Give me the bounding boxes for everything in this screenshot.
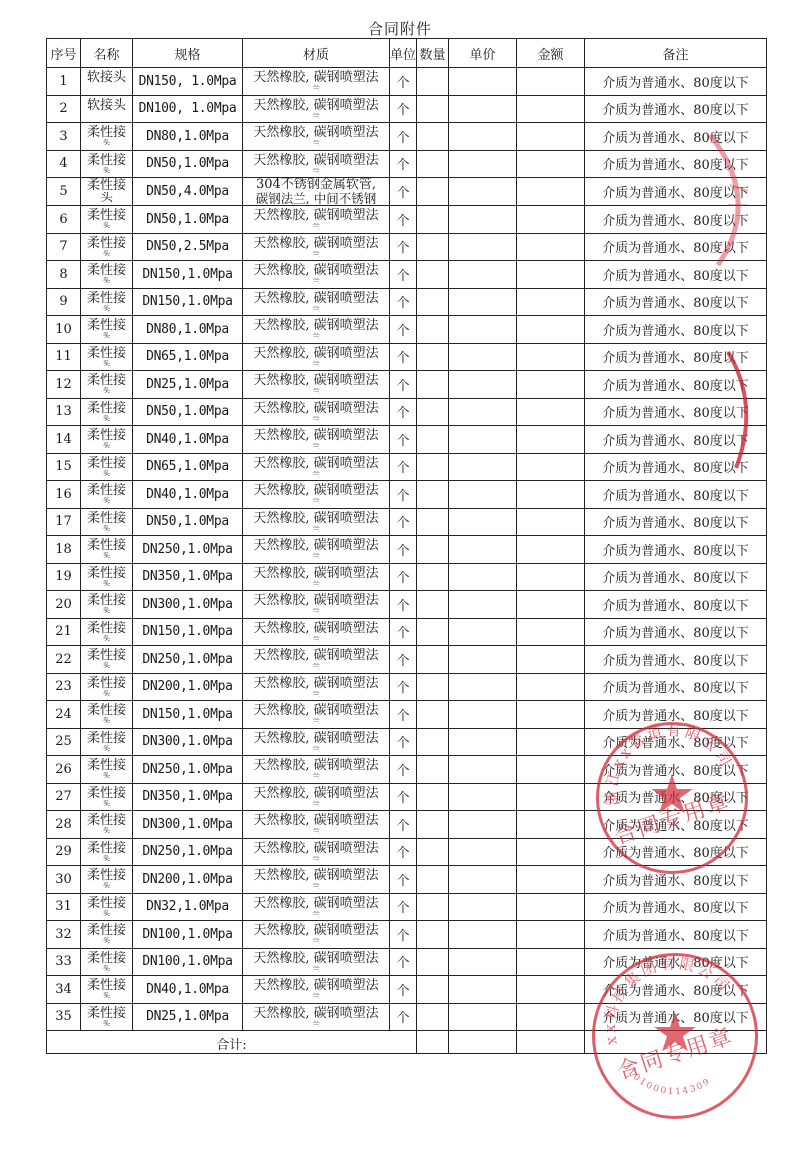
- item-name-text: 柔性接: [87, 401, 126, 416]
- item-unit: 个: [390, 673, 417, 701]
- item-remarks: 介质为普通水、80度以下: [585, 866, 767, 894]
- item-remarks: 介质为普通水、80度以下: [585, 728, 767, 756]
- row-number: 25: [47, 728, 81, 756]
- item-material: 天然橡胶, 碳钢喷塑法兰: [243, 261, 390, 289]
- row-number: 14: [47, 426, 81, 454]
- item-material: 天然橡胶, 碳钢喷塑法兰: [243, 976, 390, 1004]
- item-spec: DN200,1.0Mpa: [133, 673, 243, 701]
- item-name-text: 柔性接: [87, 291, 126, 306]
- table-row: 4柔性接头DN50,1.0Mpa天然橡胶, 碳钢喷塑法兰个介质为普通水、80度以…: [47, 150, 767, 178]
- table-row: 2软接头DN100, 1.0Mpa天然橡胶, 碳钢喷塑法兰个介质为普通水、80度…: [47, 95, 767, 123]
- item-spec: DN40,1.0Mpa: [133, 976, 243, 1004]
- item-spec: DN50,1.0Mpa: [133, 508, 243, 536]
- item-material-text: 天然橡胶, 碳钢喷塑法: [253, 676, 378, 691]
- item-spec: DN50,4.0Mpa: [133, 178, 243, 206]
- item-name: 柔性接头: [81, 233, 133, 261]
- item-spec: DN32,1.0Mpa: [133, 893, 243, 921]
- item-material-wrap: 兰: [243, 140, 389, 146]
- item-material-text: 天然橡胶, 碳钢喷塑法: [253, 263, 378, 278]
- item-amount: [517, 398, 585, 426]
- item-material-text: 天然橡胶, 碳钢喷塑法: [253, 566, 378, 581]
- item-unit-price: [449, 453, 517, 481]
- item-unit: 个: [390, 481, 417, 509]
- item-name: 柔性接头: [81, 811, 133, 839]
- row-number: 29: [47, 838, 81, 866]
- item-remarks: 介质为普通水、80度以下: [585, 288, 767, 316]
- item-remarks: 介质为普通水、80度以下: [585, 371, 767, 399]
- item-material: 天然橡胶, 碳钢喷塑法兰: [243, 426, 390, 454]
- items-table: 序号 名称 规格 材质 单位 数量 单价 金额 备注 1软接头DN150, 1.…: [46, 38, 767, 1054]
- item-unit: 个: [390, 233, 417, 261]
- item-unit-price: [449, 921, 517, 949]
- item-material-text: 天然橡胶, 碳钢喷塑法: [253, 731, 378, 746]
- item-amount: [517, 178, 585, 206]
- item-amount: [517, 316, 585, 344]
- item-material-text: 天然橡胶, 碳钢喷塑法: [253, 621, 378, 636]
- item-material-wrap: 兰: [243, 223, 389, 229]
- item-material-text: 天然橡胶, 碳钢喷塑法: [253, 236, 378, 251]
- item-material-wrap: 兰: [243, 1021, 389, 1027]
- table-row: 20柔性接头DN300,1.0Mpa天然橡胶, 碳钢喷塑法兰个介质为普通水、80…: [47, 591, 767, 619]
- item-unit-price: [449, 673, 517, 701]
- item-unit: 个: [390, 316, 417, 344]
- table-row: 19柔性接头DN350,1.0Mpa天然橡胶, 碳钢喷塑法兰个介质为普通水、80…: [47, 563, 767, 591]
- item-name-text: 柔性接: [87, 428, 126, 443]
- item-material-text: 天然橡胶, 碳钢喷塑法: [253, 923, 378, 938]
- item-material-text: 304不锈钢金属软管,: [256, 178, 376, 193]
- item-remarks: 介质为普通水、80度以下: [585, 756, 767, 784]
- item-remarks: 介质为普通水、80度以下: [585, 316, 767, 344]
- item-name-text: 柔性接: [87, 456, 126, 471]
- row-number: 34: [47, 976, 81, 1004]
- item-unit: 个: [390, 948, 417, 976]
- row-number: 32: [47, 921, 81, 949]
- item-spec: DN50,2.5Mpa: [133, 233, 243, 261]
- item-name-text: 柔性接: [87, 318, 126, 333]
- table-row: 17柔性接头DN50,1.0Mpa天然橡胶, 碳钢喷塑法兰个介质为普通水、80度…: [47, 508, 767, 536]
- item-spec: DN300,1.0Mpa: [133, 591, 243, 619]
- item-unit: 个: [390, 95, 417, 123]
- table-row: 34柔性接头DN40,1.0Mpa天然橡胶, 碳钢喷塑法兰个介质为普通水、80度…: [47, 976, 767, 1004]
- item-unit-price: [449, 316, 517, 344]
- item-unit-price: [449, 178, 517, 206]
- item-name-text: 柔性接: [87, 153, 126, 168]
- item-material: 天然橡胶, 碳钢喷塑法兰: [243, 921, 390, 949]
- item-material-text: 天然橡胶, 碳钢喷塑法: [253, 538, 378, 553]
- item-material-text: 天然橡胶, 碳钢喷塑法: [253, 703, 378, 718]
- item-quantity: [417, 95, 449, 123]
- row-number: 23: [47, 673, 81, 701]
- item-name-text: 柔性接: [87, 813, 126, 828]
- item-amount: [517, 123, 585, 151]
- item-unit: 个: [390, 288, 417, 316]
- item-spec: DN50,1.0Mpa: [133, 206, 243, 234]
- item-unit-price: [449, 838, 517, 866]
- item-remarks: 介质为普通水、80度以下: [585, 481, 767, 509]
- item-amount: [517, 233, 585, 261]
- row-number: 1: [47, 68, 81, 96]
- item-unit-price: [449, 756, 517, 784]
- item-material: 天然橡胶, 碳钢喷塑法兰: [243, 838, 390, 866]
- item-unit: 个: [390, 150, 417, 178]
- item-name-text: 柔性接: [87, 786, 126, 801]
- item-name-text: 柔性接: [87, 593, 126, 608]
- item-material-text: 天然橡胶, 碳钢喷塑法: [253, 483, 378, 498]
- item-remarks: 介质为普通水、80度以下: [585, 68, 767, 96]
- row-number: 8: [47, 261, 81, 289]
- item-material-wrap: 兰: [243, 718, 389, 724]
- item-material: 天然橡胶, 碳钢喷塑法兰: [243, 398, 390, 426]
- header-unit-price: 单价: [449, 39, 517, 68]
- item-name-text: 柔性接: [87, 511, 126, 526]
- item-name: 柔性接头: [81, 206, 133, 234]
- item-spec: DN150,1.0Mpa: [133, 618, 243, 646]
- item-name: 软接头: [81, 95, 133, 123]
- item-unit: 个: [390, 838, 417, 866]
- item-name: 柔性接头: [81, 1003, 133, 1031]
- item-material: 天然橡胶, 碳钢喷塑法兰: [243, 591, 390, 619]
- item-material-text: 天然橡胶, 碳钢喷塑法: [253, 70, 378, 85]
- item-material-wrap: 兰: [243, 801, 389, 807]
- item-name: 柔性接头: [81, 646, 133, 674]
- item-remarks: 介质为普通水、80度以下: [585, 701, 767, 729]
- item-material-text: 天然橡胶, 碳钢喷塑法: [253, 511, 378, 526]
- item-material: 天然橡胶, 碳钢喷塑法兰: [243, 95, 390, 123]
- item-name: 柔性接头: [81, 783, 133, 811]
- row-number: 33: [47, 948, 81, 976]
- item-amount: [517, 893, 585, 921]
- item-remarks: 介质为普通水、80度以下: [585, 95, 767, 123]
- table-row: 10柔性接头DN80,1.0Mpa天然橡胶, 碳钢喷塑法兰个介质为普通水、80度…: [47, 316, 767, 344]
- item-unit: 个: [390, 123, 417, 151]
- total-amount: [517, 1031, 585, 1054]
- item-unit: 个: [390, 536, 417, 564]
- item-material-wrap: 兰: [243, 498, 389, 504]
- item-name-text: 柔性接: [87, 373, 126, 388]
- item-spec: DN100, 1.0Mpa: [133, 95, 243, 123]
- item-name-text: 软接头: [87, 70, 126, 85]
- item-amount: [517, 948, 585, 976]
- item-unit: 个: [390, 976, 417, 1004]
- item-remarks: 介质为普通水、80度以下: [585, 343, 767, 371]
- row-number: 28: [47, 811, 81, 839]
- table-body: 1软接头DN150, 1.0Mpa天然橡胶, 碳钢喷塑法兰个介质为普通水、80度…: [47, 68, 767, 1031]
- item-material: 天然橡胶, 碳钢喷塑法兰: [243, 1003, 390, 1031]
- table-row: 1软接头DN150, 1.0Mpa天然橡胶, 碳钢喷塑法兰个介质为普通水、80度…: [47, 68, 767, 96]
- table-row: 32柔性接头DN100,1.0Mpa天然橡胶, 碳钢喷塑法兰个介质为普通水、80…: [47, 921, 767, 949]
- item-amount: [517, 921, 585, 949]
- item-name: 柔性接头: [81, 976, 133, 1004]
- row-number: 35: [47, 1003, 81, 1031]
- item-quantity: [417, 536, 449, 564]
- item-remarks: 介质为普通水、80度以下: [585, 673, 767, 701]
- row-number: 7: [47, 233, 81, 261]
- item-unit: 个: [390, 68, 417, 96]
- header-name: 名称: [81, 39, 133, 68]
- item-material-wrap: 兰: [243, 938, 389, 944]
- item-quantity: [417, 811, 449, 839]
- row-number: 3: [47, 123, 81, 151]
- item-remarks: 介质为普通水、80度以下: [585, 618, 767, 646]
- header-remarks: 备注: [585, 39, 767, 68]
- item-quantity: [417, 646, 449, 674]
- seal-2-serial: 3101000114309: [620, 1062, 713, 1098]
- table-row: 31柔性接头DN32,1.0Mpa天然橡胶, 碳钢喷塑法兰个介质为普通水、80度…: [47, 893, 767, 921]
- item-material: 天然橡胶, 碳钢喷塑法兰: [243, 343, 390, 371]
- item-quantity: [417, 398, 449, 426]
- item-name-text: 柔性接: [87, 125, 126, 140]
- item-material: 天然橡胶, 碳钢喷塑法兰: [243, 481, 390, 509]
- item-amount: [517, 68, 585, 96]
- item-unit-price: [449, 371, 517, 399]
- document-title: 合同附件: [0, 18, 800, 39]
- item-material: 天然橡胶, 碳钢喷塑法兰: [243, 150, 390, 178]
- row-number: 4: [47, 150, 81, 178]
- item-remarks: 介质为普通水、80度以下: [585, 426, 767, 454]
- table-row: 23柔性接头DN200,1.0Mpa天然橡胶, 碳钢喷塑法兰个介质为普通水、80…: [47, 673, 767, 701]
- item-spec: DN300,1.0Mpa: [133, 811, 243, 839]
- item-material-text: 天然橡胶, 碳钢喷塑法: [253, 125, 378, 140]
- item-name-text: 柔性接: [87, 923, 126, 938]
- item-material-wrap: 兰: [243, 691, 389, 697]
- header-material: 材质: [243, 39, 390, 68]
- item-material-wrap: 兰: [243, 581, 389, 587]
- item-material: 天然橡胶, 碳钢喷塑法兰: [243, 811, 390, 839]
- item-unit-price: [449, 398, 517, 426]
- item-material: 天然橡胶, 碳钢喷塑法兰: [243, 508, 390, 536]
- row-number: 5: [47, 178, 81, 206]
- item-unit: 个: [390, 728, 417, 756]
- item-material-text: 天然橡胶, 碳钢喷塑法: [253, 868, 378, 883]
- item-spec: DN100,1.0Mpa: [133, 948, 243, 976]
- item-material-wrap: 兰: [243, 883, 389, 889]
- item-material-wrap: 兰: [243, 553, 389, 559]
- item-material-wrap: 兰: [243, 306, 389, 312]
- item-material-wrap: 兰: [243, 85, 389, 91]
- item-material-wrap: 兰: [243, 608, 389, 614]
- item-quantity: [417, 508, 449, 536]
- row-number: 31: [47, 893, 81, 921]
- item-quantity: [417, 453, 449, 481]
- item-unit-price: [449, 233, 517, 261]
- item-material: 天然橡胶, 碳钢喷塑法兰: [243, 866, 390, 894]
- item-name-text: 柔性接: [87, 236, 126, 251]
- item-name: 柔性接头: [81, 536, 133, 564]
- table-row: 22柔性接头DN250,1.0Mpa天然橡胶, 碳钢喷塑法兰个介质为普通水、80…: [47, 646, 767, 674]
- item-quantity: [417, 591, 449, 619]
- item-unit: 个: [390, 756, 417, 784]
- item-name-text: 柔性接: [87, 758, 126, 773]
- item-quantity: [417, 783, 449, 811]
- item-material-wrap: 兰: [243, 993, 389, 999]
- table-row: 16柔性接头DN40,1.0Mpa天然橡胶, 碳钢喷塑法兰个介质为普通水、80度…: [47, 481, 767, 509]
- item-name-wrap: 头: [81, 192, 132, 204]
- item-quantity: [417, 618, 449, 646]
- item-quantity: [417, 288, 449, 316]
- item-material-wrap: 碳钢法兰, 中间不锈钢: [243, 192, 389, 205]
- item-spec: DN350,1.0Mpa: [133, 783, 243, 811]
- item-material-text: 天然橡胶, 碳钢喷塑法: [253, 813, 378, 828]
- item-material: 天然橡胶, 碳钢喷塑法兰: [243, 756, 390, 784]
- table-row: 30柔性接头DN200,1.0Mpa天然橡胶, 碳钢喷塑法兰个介质为普通水、80…: [47, 866, 767, 894]
- item-amount: [517, 426, 585, 454]
- table-row: 6柔性接头DN50,1.0Mpa天然橡胶, 碳钢喷塑法兰个介质为普通水、80度以…: [47, 206, 767, 234]
- row-number: 16: [47, 481, 81, 509]
- item-spec: DN250,1.0Mpa: [133, 838, 243, 866]
- item-name: 柔性接头: [81, 728, 133, 756]
- row-number: 10: [47, 316, 81, 344]
- table-row: 12柔性接头DN25,1.0Mpa天然橡胶, 碳钢喷塑法兰个介质为普通水、80度…: [47, 371, 767, 399]
- table-row: 14柔性接头DN40,1.0Mpa天然橡胶, 碳钢喷塑法兰个介质为普通水、80度…: [47, 426, 767, 454]
- item-material-wrap: 兰: [243, 113, 389, 119]
- item-remarks: 介质为普通水、80度以下: [585, 123, 767, 151]
- item-quantity: [417, 343, 449, 371]
- item-material: 304不锈钢金属软管,碳钢法兰, 中间不锈钢: [243, 178, 390, 206]
- item-spec: DN50,1.0Mpa: [133, 398, 243, 426]
- item-material-wrap: 兰: [243, 636, 389, 642]
- item-spec: DN40,1.0Mpa: [133, 426, 243, 454]
- item-unit: 个: [390, 206, 417, 234]
- table-row: 24柔性接头DN150,1.0Mpa天然橡胶, 碳钢喷塑法兰个介质为普通水、80…: [47, 701, 767, 729]
- row-number: 18: [47, 536, 81, 564]
- item-amount: [517, 756, 585, 784]
- table-row: 9柔性接头DN150,1.0Mpa天然橡胶, 碳钢喷塑法兰个介质为普通水、80度…: [47, 288, 767, 316]
- table-row: 11柔性接头DN65,1.0Mpa天然橡胶, 碳钢喷塑法兰个介质为普通水、80度…: [47, 343, 767, 371]
- header-quantity: 数量: [417, 39, 449, 68]
- row-number: 30: [47, 866, 81, 894]
- item-name-text: 柔性接: [87, 1006, 126, 1021]
- item-name-text: 柔性接: [87, 676, 126, 691]
- item-amount: [517, 536, 585, 564]
- item-name: 柔性接头: [81, 591, 133, 619]
- header-no: 序号: [47, 39, 81, 68]
- item-remarks: 介质为普通水、80度以下: [585, 591, 767, 619]
- item-quantity: [417, 701, 449, 729]
- item-unit-price: [449, 563, 517, 591]
- header-amount: 金额: [517, 39, 585, 68]
- item-name: 柔性接头: [81, 948, 133, 976]
- row-number: 13: [47, 398, 81, 426]
- item-unit-price: [449, 123, 517, 151]
- item-name-text: 柔性接: [87, 841, 126, 856]
- item-material-wrap: 兰: [243, 663, 389, 669]
- item-amount: [517, 838, 585, 866]
- item-quantity: [417, 123, 449, 151]
- row-number: 24: [47, 701, 81, 729]
- item-material: 天然橡胶, 碳钢喷塑法兰: [243, 783, 390, 811]
- item-material-wrap: 兰: [243, 911, 389, 917]
- row-number: 9: [47, 288, 81, 316]
- contract-attachment-sheet: 序号 名称 规格 材质 单位 数量 单价 金额 备注 1软接头DN150, 1.…: [46, 38, 766, 1054]
- item-name: 柔性接头: [81, 150, 133, 178]
- item-name: 柔性接头: [81, 123, 133, 151]
- item-material-text: 天然橡胶, 碳钢喷塑法: [253, 758, 378, 773]
- item-unit: 个: [390, 783, 417, 811]
- item-unit: 个: [390, 701, 417, 729]
- row-number: 15: [47, 453, 81, 481]
- item-material-wrap: 兰: [243, 251, 389, 257]
- item-quantity: [417, 948, 449, 976]
- table-header-row: 序号 名称 规格 材质 单位 数量 单价 金额 备注: [47, 39, 767, 68]
- item-quantity: [417, 673, 449, 701]
- item-material: 天然橡胶, 碳钢喷塑法兰: [243, 673, 390, 701]
- item-material: 天然橡胶, 碳钢喷塑法兰: [243, 646, 390, 674]
- row-number: 21: [47, 618, 81, 646]
- item-material-wrap: 兰: [243, 416, 389, 422]
- item-amount: [517, 976, 585, 1004]
- item-material-text: 天然橡胶, 碳钢喷塑法: [253, 153, 378, 168]
- item-material-text: 天然橡胶, 碳钢喷塑法: [253, 786, 378, 801]
- item-quantity: [417, 756, 449, 784]
- item-quantity: [417, 316, 449, 344]
- item-spec: DN100,1.0Mpa: [133, 921, 243, 949]
- item-spec: DN350,1.0Mpa: [133, 563, 243, 591]
- item-spec: DN25,1.0Mpa: [133, 1003, 243, 1031]
- item-amount: [517, 481, 585, 509]
- total-quantity: [417, 1031, 449, 1054]
- item-spec: DN150, 1.0Mpa: [133, 68, 243, 96]
- table-row: 35柔性接头DN25,1.0Mpa天然橡胶, 碳钢喷塑法兰个介质为普通水、80度…: [47, 1003, 767, 1031]
- row-number: 6: [47, 206, 81, 234]
- item-name-text: 柔性接: [87, 896, 126, 911]
- item-unit: 个: [390, 893, 417, 921]
- item-material-wrap: 兰: [243, 278, 389, 284]
- item-unit-price: [449, 728, 517, 756]
- item-unit-price: [449, 68, 517, 96]
- item-quantity: [417, 1003, 449, 1031]
- item-material-text: 天然橡胶, 碳钢喷塑法: [253, 318, 378, 333]
- item-material-text: 天然橡胶, 碳钢喷塑法: [253, 428, 378, 443]
- table-row: 29柔性接头DN250,1.0Mpa天然橡胶, 碳钢喷塑法兰个介质为普通水、80…: [47, 838, 767, 866]
- item-material-text: 天然橡胶, 碳钢喷塑法: [253, 841, 378, 856]
- item-amount: [517, 95, 585, 123]
- item-spec: DN200,1.0Mpa: [133, 866, 243, 894]
- row-number: 26: [47, 756, 81, 784]
- item-amount: [517, 646, 585, 674]
- item-name-text: 柔性接: [87, 208, 126, 223]
- item-unit: 个: [390, 866, 417, 894]
- item-remarks: 介质为普通水、80度以下: [585, 838, 767, 866]
- item-material-wrap: 兰: [243, 828, 389, 834]
- item-amount: [517, 453, 585, 481]
- item-name: 柔性接头: [81, 866, 133, 894]
- total-label: 合计:: [47, 1031, 417, 1054]
- total-unit-price: [449, 1031, 517, 1054]
- item-remarks: 介质为普通水、80度以下: [585, 508, 767, 536]
- item-spec: DN65,1.0Mpa: [133, 343, 243, 371]
- table-row: 28柔性接头DN300,1.0Mpa天然橡胶, 碳钢喷塑法兰个介质为普通水、80…: [47, 811, 767, 839]
- item-name-text: 柔性接: [87, 978, 126, 993]
- item-amount: [517, 618, 585, 646]
- item-name: 柔性接头: [81, 701, 133, 729]
- table-row: 7柔性接头DN50,2.5Mpa天然橡胶, 碳钢喷塑法兰个介质为普通水、80度以…: [47, 233, 767, 261]
- item-quantity: [417, 68, 449, 96]
- item-name: 柔性接头: [81, 261, 133, 289]
- item-name-text: 柔性接: [87, 483, 126, 498]
- item-material: 天然橡胶, 碳钢喷塑法兰: [243, 206, 390, 234]
- item-spec: DN300,1.0Mpa: [133, 728, 243, 756]
- item-name-text: 柔性接: [87, 566, 126, 581]
- item-unit-price: [449, 618, 517, 646]
- item-unit-price: [449, 261, 517, 289]
- item-remarks: 介质为普通水、80度以下: [585, 536, 767, 564]
- item-unit: 个: [390, 1003, 417, 1031]
- item-amount: [517, 1003, 585, 1031]
- row-number: 22: [47, 646, 81, 674]
- item-name: 柔性接头: [81, 178, 133, 206]
- item-name: 柔性接头: [81, 481, 133, 509]
- item-unit-price: [449, 646, 517, 674]
